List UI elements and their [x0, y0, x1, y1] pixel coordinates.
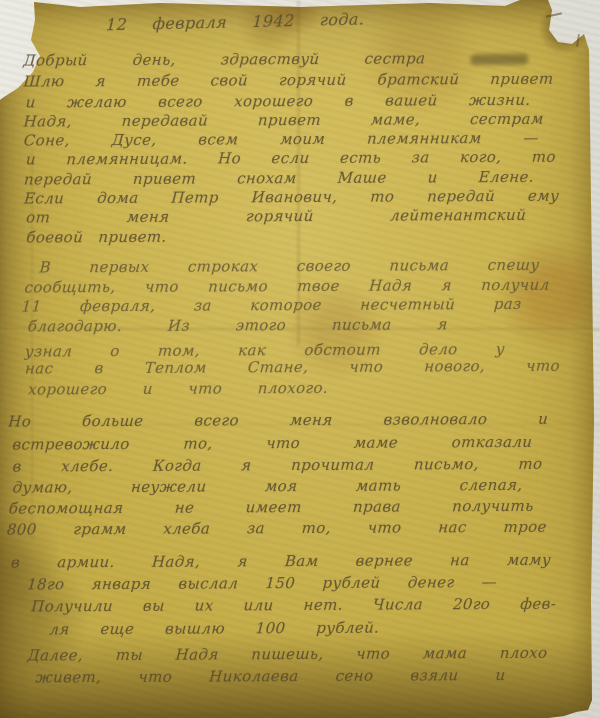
letter-line: думаю, неужели моя мать слепая, [12, 475, 523, 498]
letter-date-heading: 12 февраля 1942 года. [106, 9, 365, 35]
letter-photo: 12 февраля 1942 года. Добрый день, здрав… [0, 0, 600, 718]
letter-line: Но больше всего меня взволновало и [8, 409, 549, 432]
letter-line: 18го января выслал 150 рублей денег — [27, 572, 498, 594]
letter-line: от меня горячий лейтенантский [26, 205, 527, 228]
letter-line: Получили вы их или нет. Числа 20го фев- [31, 594, 557, 617]
letter-line: Далее, ты Надя пишешь, что мама плохо [27, 643, 548, 666]
smudged-word [470, 53, 529, 64]
letter-line: 11 февраля, за которое несчетный раз [21, 294, 522, 317]
letter-line: нас в Теплом Стане, что нового, что [24, 356, 560, 379]
letter-line: и племянницам. Но если есть за кого, то [25, 147, 556, 170]
letter-line: хорошего и что плохого. [28, 378, 329, 400]
letter-line: Добрый день, здравствуй сестра [23, 48, 529, 71]
letter-line: в армии. Надя, я Вам вернее на маму [10, 550, 551, 573]
handwriting-layer: 12 февраля 1942 года. Добрый день, здрав… [0, 0, 600, 718]
letter-line: в хлебе. Когда я прочитал письмо, то [12, 454, 543, 477]
letter-line: боевой привет. [26, 226, 267, 247]
letter-line: В первых строках своего письма спешу [39, 255, 540, 278]
letter-line: живет, что Николаева сено взяли и [35, 665, 506, 687]
letter-line: благодарю. Из этого письма я [27, 314, 448, 336]
letter-line: ля еще вышлю 100 рублей. [49, 618, 380, 640]
letter-line: Шлю я тебе свой горячий братский привет [23, 69, 554, 92]
letter-line: 800 грамм хлеба за то, что нас трое [6, 517, 547, 540]
letter-line: встревожило то, что маме отказали [12, 432, 533, 455]
letter-line: беспомощная не имеет права получить [8, 496, 534, 519]
letter-line-text: Добрый день, здравствуй сестра [23, 49, 426, 69]
